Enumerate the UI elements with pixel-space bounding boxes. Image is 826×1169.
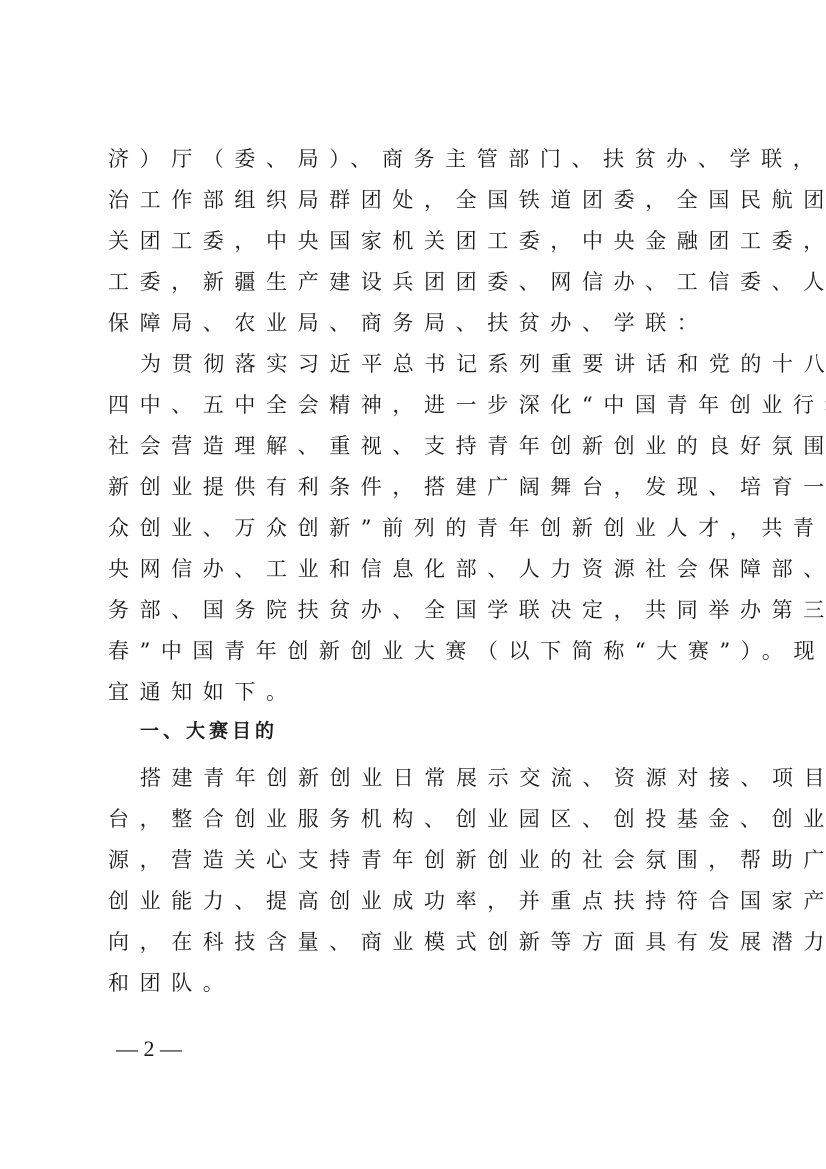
text-line: 众创业、万众创新”前列的青年创新创业人才，共青团中央、中: [108, 508, 720, 549]
text-line: 保障局、农业局、商务局、扶贫办、学联：: [108, 303, 720, 344]
text-line: 创业能力、提高创业成功率，并重点扶持符合国家产业发展导: [108, 881, 720, 922]
text-line: 新创业提供有利条件，搭建广阔舞台，发现、培育一批走在“大: [108, 467, 720, 508]
paragraph-first-line: 搭建青年创新创业日常展示交流、资源对接、项目孵化等平: [108, 758, 720, 799]
document-page: 济）厅（委、局）、商务主管部门、扶贫办、学联，中央军委政 治工作部组织局群团处，…: [0, 0, 826, 1169]
text-line: 四中、五中全会精神，进一步深化“中国青年创业行动”，在全: [108, 385, 720, 426]
text-line: 济）厅（委、局）、商务主管部门、扶贫办、学联，中央军委政: [108, 139, 720, 180]
text-line: 务部、国务院扶贫办、全国学联决定，共同举办第三届“创青: [108, 590, 720, 631]
text-line: 关团工委，中央国家机关团工委，中央金融团工委，中央企业团: [108, 221, 720, 262]
text-line: 台，整合创业服务机构、创业园区、创投基金、创业导师等资: [108, 799, 720, 840]
page-number: — 2 —: [116, 1034, 182, 1064]
text-line: 央网信办、工业和信息化部、人力资源社会保障部、农业部、商: [108, 549, 720, 590]
text-line: 和团队。: [108, 963, 720, 1004]
text-line: 社会营造理解、重视、支持青年创新创业的良好氛围，为青年创: [108, 426, 720, 467]
section-body-text: 搭建青年创新创业日常展示交流、资源对接、项目孵化等平 台，整合创业服务机构、创业…: [108, 758, 720, 1004]
paragraph-first-line: 为贯彻落实习近平总书记系列重要讲话和党的十八届三中、: [108, 344, 720, 385]
text-line: 治工作部组织局群团处，全国铁道团委，全国民航团委，中直机: [108, 180, 720, 221]
section-heading: 一、大赛目的: [140, 714, 278, 748]
text-line: 源，营造关心支持青年创新创业的社会氛围，帮助广大青年增强: [108, 840, 720, 881]
text-line: 春”中国青年创新创业大赛（以下简称“大赛”）。现将相关事: [108, 631, 720, 672]
text-line: 向，在科技含量、商业模式创新等方面具有发展潜力的创业项目: [108, 922, 720, 963]
text-line: 宜通知如下。: [108, 672, 720, 713]
text-line: 工委，新疆生产建设兵团团委、网信办、工信委、人力资源社会: [108, 262, 720, 303]
body-text-block: 济）厅（委、局）、商务主管部门、扶贫办、学联，中央军委政 治工作部组织局群团处，…: [108, 139, 720, 713]
